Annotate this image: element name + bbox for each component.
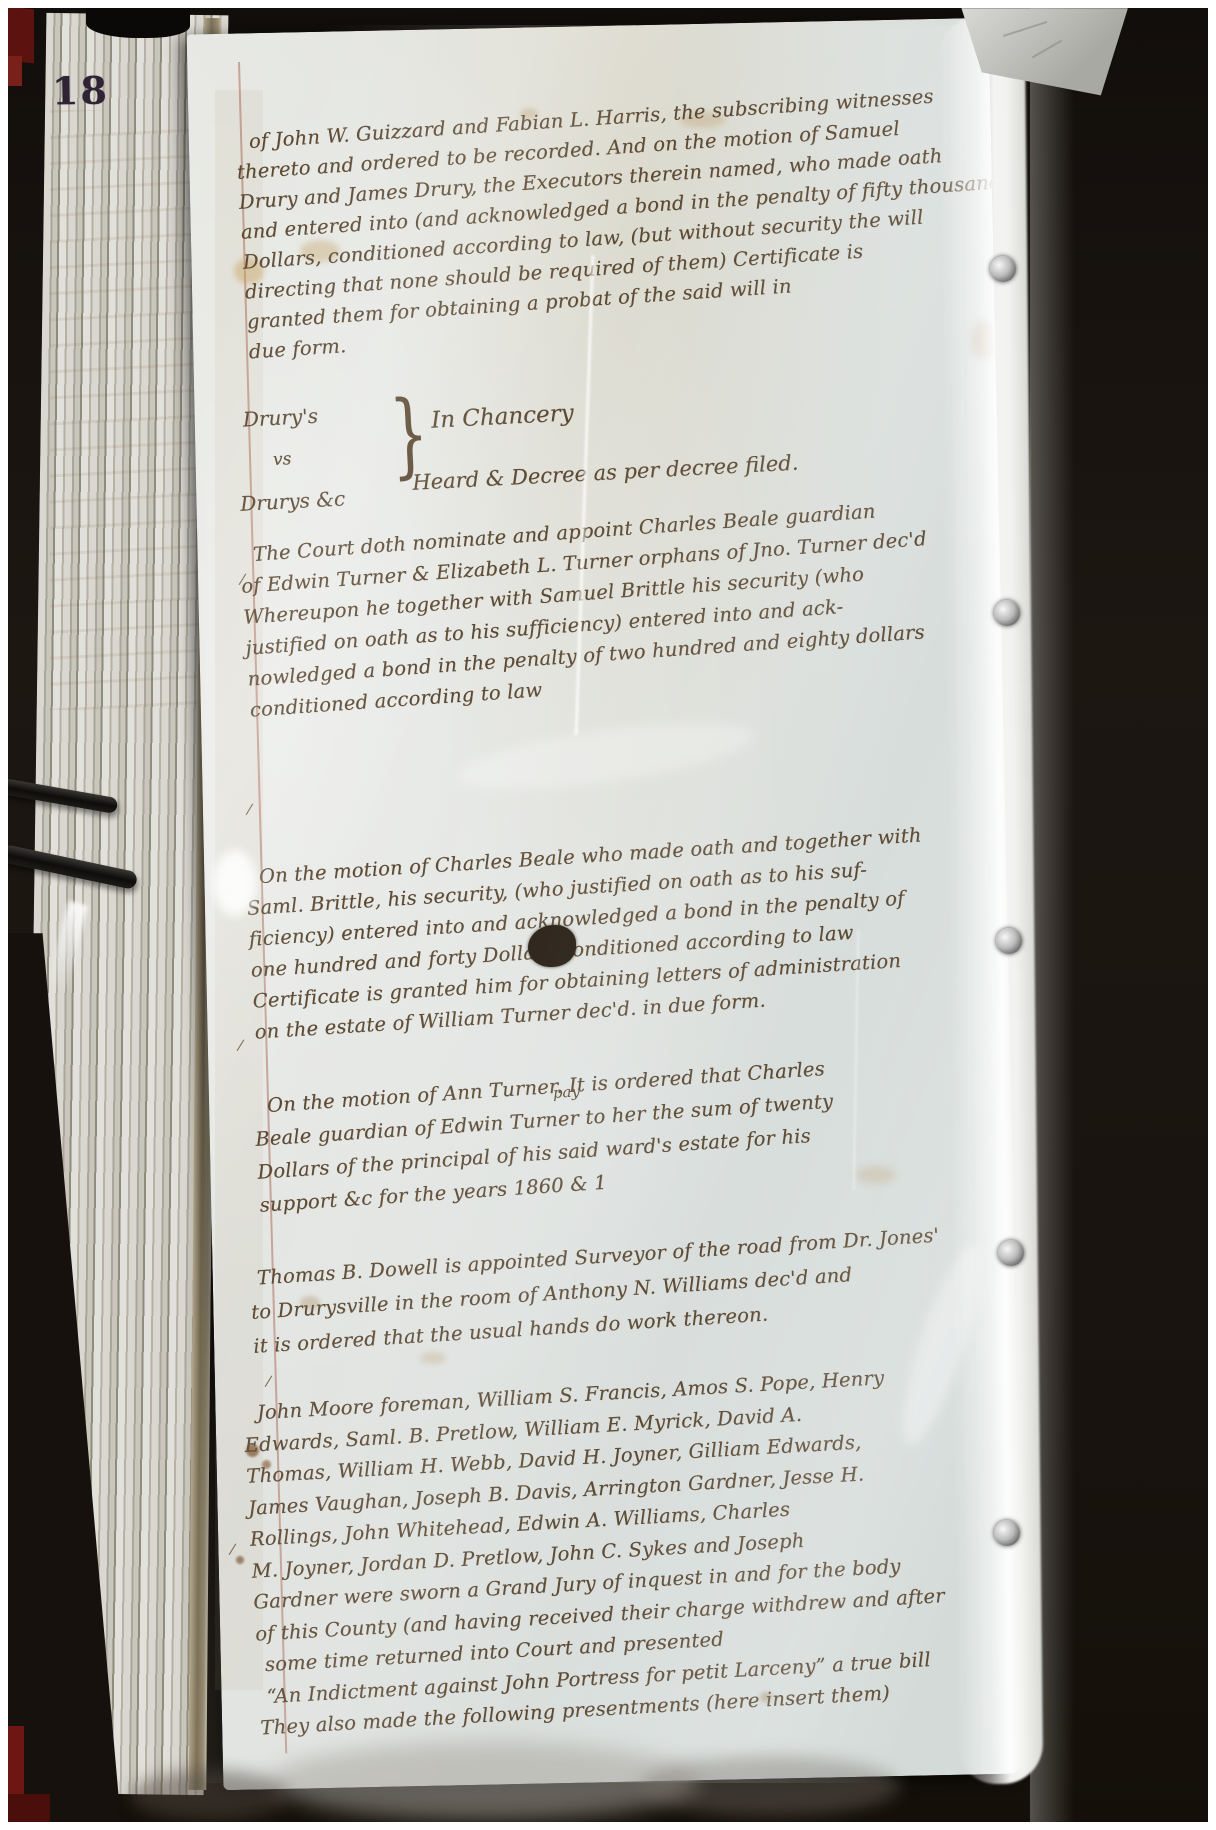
binder-post: [996, 928, 1022, 954]
bottom-blur-shape: [130, 1770, 290, 1820]
bottom-blur-shape: [640, 1756, 900, 1816]
stain: [236, 1556, 244, 1564]
entry-probate-of-will: of John W. Guizzard and Fabian L. Harris…: [234, 77, 1010, 367]
page-number-stamp: 18: [52, 68, 110, 114]
bleed-through-writing: [50, 110, 212, 710]
stain: [420, 1352, 446, 1364]
binder-post: [990, 256, 1016, 282]
interlined-word: pay: [552, 1082, 580, 1102]
binder-red-accent: [8, 56, 22, 86]
binder-clip-shadow: [86, 8, 190, 38]
binder-post: [994, 1520, 1020, 1546]
binder-red-accent: [8, 7, 34, 64]
caption-party-top: Drury's: [242, 404, 318, 432]
ink-blot: [528, 925, 576, 967]
reflection-streak: [213, 850, 257, 916]
binder-post: [998, 1240, 1024, 1266]
binder-red-accent: [8, 1726, 24, 1798]
stain: [856, 1166, 896, 1184]
binder-red-accent: [8, 1794, 50, 1822]
entry-grand-jury: John Moore foreman, William S. Francis, …: [242, 1359, 951, 1744]
caption-versus: vs: [272, 449, 291, 470]
binder-post: [994, 600, 1020, 626]
photo-frame: [0, 0, 1216, 8]
bottom-blur-shape: [270, 1742, 700, 1820]
ledger-photo: 18 of John W. Guizzard and Fabian L. Har…: [0, 0, 1216, 1830]
photo-frame: [1208, 0, 1216, 1830]
photo-frame: [0, 1822, 1216, 1830]
photo-frame: [0, 0, 8, 1830]
